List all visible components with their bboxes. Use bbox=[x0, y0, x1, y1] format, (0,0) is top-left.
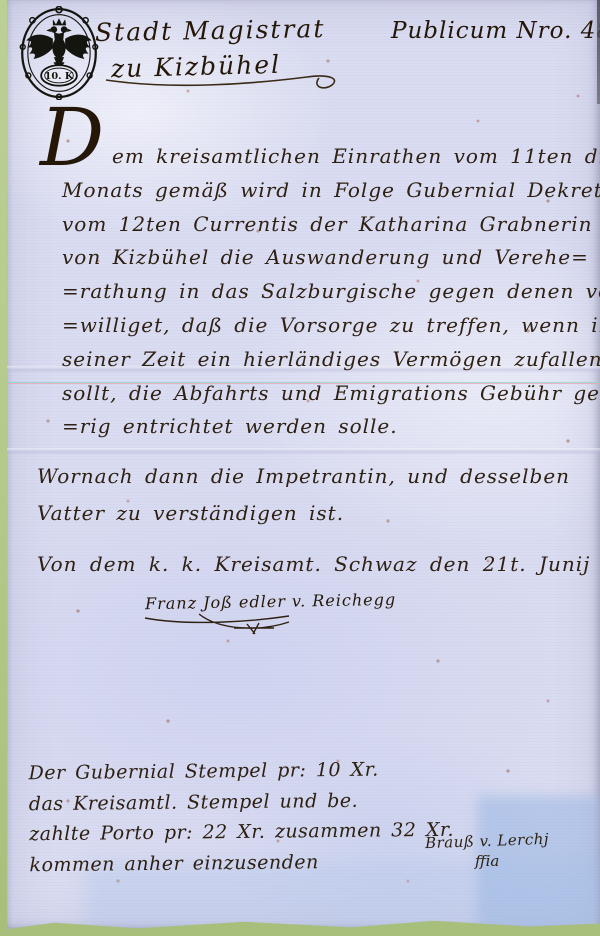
scan-line-artifact bbox=[7, 382, 600, 384]
paper-sheet: 10. K Stadt Magistrat zu Kizbühel Public… bbox=[7, 0, 600, 931]
body-line: em kreisamtlichen Einrathen vom 11ten di… bbox=[62, 140, 600, 174]
fee-note-line: das Kreisamtl. Stempel und be. bbox=[29, 784, 454, 819]
official-signature: Franz Joß edler v. Reichegg bbox=[145, 590, 396, 613]
body-line: =rathung in das Salzburgische gegen dene… bbox=[62, 275, 600, 309]
paper-fiber-speckles bbox=[7, 0, 9, 2]
clerk-signature-abbrev: ffia bbox=[475, 852, 499, 870]
body-line: seiner Zeit ein hierländiges Vermögen zu… bbox=[62, 343, 600, 377]
fold-crease bbox=[7, 448, 600, 455]
stamp-denomination: 10. K bbox=[45, 71, 74, 82]
fee-note-line: Der Gubernial Stempel pr: 10 Xr. bbox=[28, 754, 453, 789]
closing-line: Vatter zu verständigen ist. bbox=[37, 495, 570, 532]
body-line: =williget, daß die Vorsorge zu treffen, … bbox=[62, 309, 600, 343]
closing-line: Wornach dann die Impetrantin, und dessel… bbox=[37, 458, 570, 495]
dateline: Von dem k. k. Kreisamt. Schwaz den 21t. … bbox=[37, 552, 600, 576]
body-paragraph: em kreisamtlichen Einrathen vom 11ten di… bbox=[62, 140, 600, 444]
revenue-stamp: 10. K bbox=[18, 6, 100, 100]
body-line: Monats gemäß wird in Folge Gubernial Dek… bbox=[62, 174, 600, 208]
signature-flourish bbox=[139, 610, 354, 636]
sender-name-line: Stadt Magistrat bbox=[95, 14, 326, 47]
fee-note-line: kommen anher einzusenden bbox=[29, 846, 454, 881]
reference-number: Publicum Nro. 481 bbox=[391, 18, 600, 44]
body-line: von Kizbühel die Auswanderung und Verehe… bbox=[62, 241, 600, 275]
body-line: =rig entrichtet werden solle. bbox=[62, 410, 600, 444]
fee-note: Der Gubernial Stempel pr: 10 Xr. das Kre… bbox=[28, 754, 454, 881]
sender-place-line: zu Kizbühel bbox=[111, 50, 282, 83]
body-line: vom 12ten Currentis der Katharina Grabne… bbox=[62, 208, 600, 242]
scanned-document: 10. K Stadt Magistrat zu Kizbühel Public… bbox=[0, 0, 600, 936]
fee-note-line: zahlte Porto pr: 22 Xr. zusammen 32 Xr. bbox=[29, 815, 454, 850]
closing-paragraph: Wornach dann die Impetrantin, und dessel… bbox=[37, 458, 570, 532]
